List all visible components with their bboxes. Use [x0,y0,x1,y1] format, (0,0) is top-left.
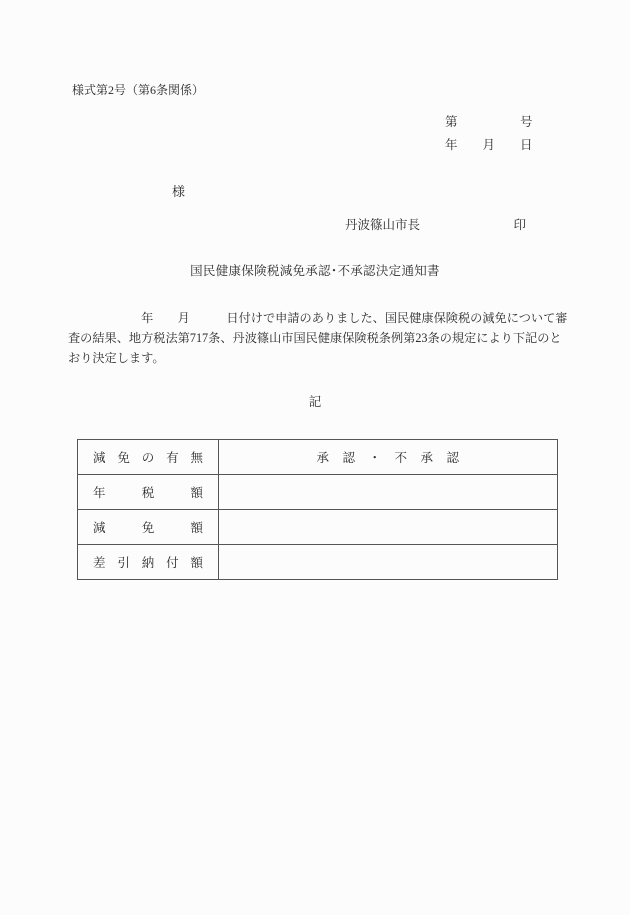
sender-line: 丹波篠山市長 印 [345,218,526,233]
decision-table: 減免の有無 承 認 ・ 不 承 認 年税額 減免額 差引納付額 [77,439,558,580]
row-label: 減免額 [93,518,203,536]
document-number-line: 第 号 [445,115,533,130]
body-line: おり決定します。 [68,348,568,368]
body-paragraph: 年 月 日付けで申請のありました、国民健康保険税の減免について審 査の結果、地方… [68,308,568,368]
seal-mark: 印 [513,218,526,233]
row-label-cell: 減免額 [78,510,219,545]
body-line: 査の結果、地方税法第717条、丹波篠山市国民健康保険税条例第23条の規定により下… [68,328,568,348]
addressee-honorific: 様 [172,184,185,199]
row-value-cell [219,545,558,580]
row-label: 年税額 [93,483,203,501]
row-label-cell: 年税額 [78,475,219,510]
document-page: 様式第2号（第6条関係） 第 号 年 月 日 様 丹波篠山市長 印 国民健康保険… [0,0,630,915]
table-row: 減免の有無 承 認 ・ 不 承 認 [78,440,558,475]
row-label: 減免の有無 [93,448,203,466]
row-label-cell: 減免の有無 [78,440,219,475]
issue-date-line: 年 月 日 [445,138,533,153]
row-value-cell [219,510,558,545]
row-label: 差引納付額 [93,553,203,571]
row-value-cell [219,475,558,510]
sender-name: 丹波篠山市長 [345,218,420,233]
table-row: 減免額 [78,510,558,545]
document-title: 国民健康保険税減免承認･不承認決定通知書 [0,264,630,279]
row-label-cell: 差引納付額 [78,545,219,580]
record-mark: 記 [0,395,630,410]
table-row: 年税額 [78,475,558,510]
table-row: 差引納付額 [78,545,558,580]
form-number: 様式第2号（第6条関係） [72,83,204,98]
row-value-cell: 承 認 ・ 不 承 認 [219,440,558,475]
body-line: 年 月 日付けで申請のありました、国民健康保険税の減免について審 [68,308,568,328]
